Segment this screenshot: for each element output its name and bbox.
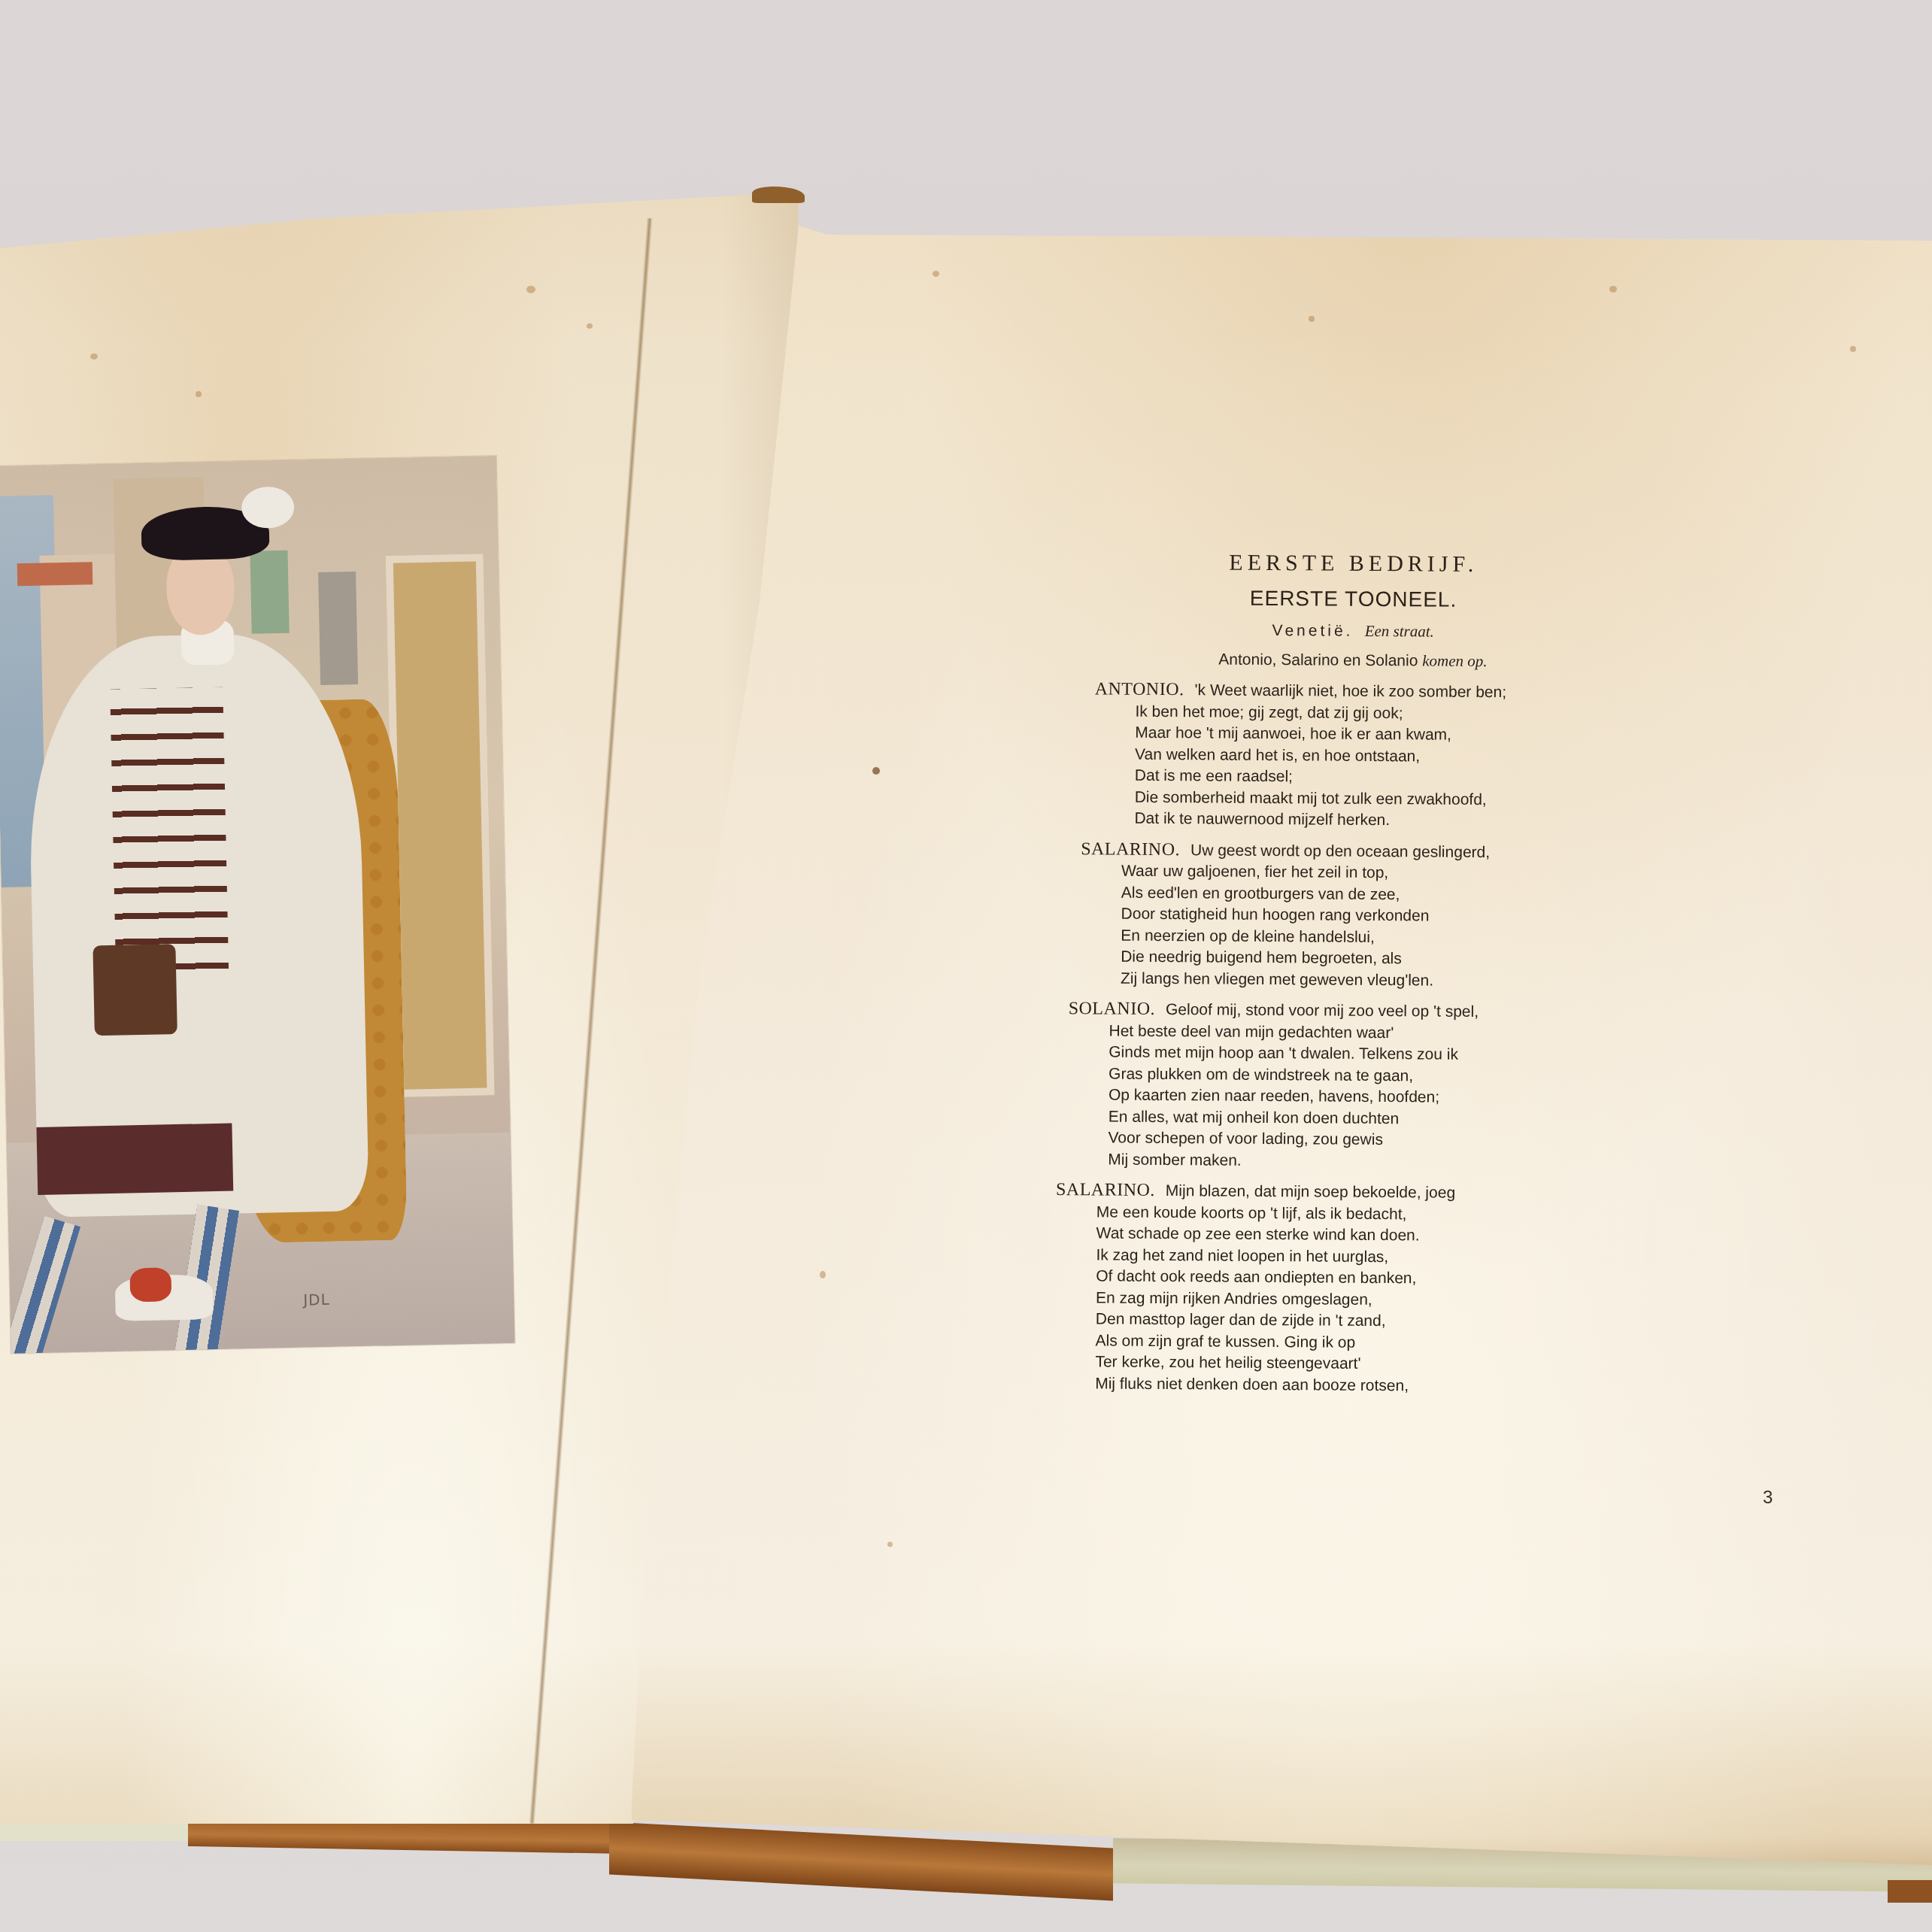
artist-signature: JDL xyxy=(303,1291,330,1309)
foxing-spot xyxy=(526,286,535,293)
foxing-spot xyxy=(872,767,880,775)
speech-salarino: SALARINO.Uw geest wordt op den oceaan ge… xyxy=(1080,839,1652,993)
plate-pouch xyxy=(93,944,177,1036)
foxing-spot xyxy=(1609,286,1617,293)
stage-characters: Antonio, Salarino en Solanio xyxy=(1218,651,1418,670)
foxing-spot xyxy=(90,353,98,359)
foxing-spot xyxy=(887,1542,893,1547)
speaker-name: SOLANIO. xyxy=(1069,999,1156,1019)
plate-roof xyxy=(17,562,93,586)
verse-line: Maar hoe 't mij aanwoei, hoe ik er aan k… xyxy=(1094,722,1653,748)
plate-shoe-rosette xyxy=(129,1267,171,1302)
verse-line: Die needrig buigend hem begroeten, als xyxy=(1080,946,1651,972)
foxing-spot xyxy=(820,1271,826,1278)
speech-antonio: ANTONIO.'k Weet waarlijk niet, hoe ik zo… xyxy=(1093,678,1653,833)
verse-line: Dat ik te nauwernood mijzelf herken. xyxy=(1093,808,1652,833)
verse-line: Zij langs hen vliegen met geweven vleug'… xyxy=(1080,968,1651,993)
verse-line: 'k Weet waarlijk niet, hoe ik zoo somber… xyxy=(1195,681,1507,701)
stage-action: komen op. xyxy=(1422,651,1487,670)
cover-corner-right xyxy=(1888,1880,1932,1903)
foxing-spot xyxy=(933,271,939,277)
speaker-name: SALARINO. xyxy=(1081,839,1180,860)
verse-line: Mij fluks niet denken doen aan booze rot… xyxy=(1054,1373,1648,1399)
plate-doublet xyxy=(110,687,229,975)
speech-salarino-2: SALARINO.Mijn blazen, dat mijn soep beko… xyxy=(1054,1179,1650,1399)
verse-line: Mij somber maken. xyxy=(1067,1149,1650,1175)
verse-line: Uw geest wordt op den oceaan geslingerd, xyxy=(1190,842,1490,861)
scene-setting: Venetië. Een straat. xyxy=(1052,620,1654,643)
color-plate-illustration: JDL xyxy=(0,456,515,1354)
torn-spine-top xyxy=(752,187,805,203)
setting-location: Een straat. xyxy=(1365,622,1434,641)
play-text: EERSTE BEDRIJF. EERSTE TOONEEL. Venetië.… xyxy=(1047,549,1654,1408)
foxing-spot xyxy=(1850,346,1856,352)
photo-scene: JDL EERSTE BEDRIJF. EERSTE TOONEEL. Vene… xyxy=(0,0,1932,1932)
foxing-spot xyxy=(196,391,202,397)
page-number: 3 xyxy=(1763,1488,1773,1509)
verse-line: Door statigheid hun hoogen rang verkonde… xyxy=(1081,903,1652,929)
plate-feather xyxy=(241,487,295,529)
stage-direction: Antonio, Salarino en Solanio komen op. xyxy=(1052,649,1654,672)
plate-green-shutter xyxy=(250,550,289,634)
speaker-name: ANTONIO. xyxy=(1095,679,1184,699)
foxing-spot xyxy=(1309,316,1315,322)
foxing-spot xyxy=(587,323,593,329)
speaker-name: SALARINO. xyxy=(1056,1180,1155,1200)
verse-line: Dat is me een raadsel; xyxy=(1094,765,1653,790)
verse-line: Mijn blazen, dat mijn soep bekoelde, joe… xyxy=(1166,1182,1455,1202)
verse-line: Waar uw galjoenen, fier het zeil in top, xyxy=(1081,860,1652,886)
verse-line: Geloof mij, stond voor mij zoo veel op '… xyxy=(1166,1001,1479,1021)
plate-window xyxy=(318,572,358,685)
act-title: EERSTE BEDRIJF. xyxy=(1053,549,1654,579)
setting-place: Venetië. xyxy=(1272,622,1353,640)
speech-solanio: SOLANIO.Geloof mij, stond voor mij zoo v… xyxy=(1067,998,1651,1174)
scene-title: EERSTE TOONEEL. xyxy=(1052,585,1654,614)
plate-velvet-skirt xyxy=(36,1124,233,1195)
